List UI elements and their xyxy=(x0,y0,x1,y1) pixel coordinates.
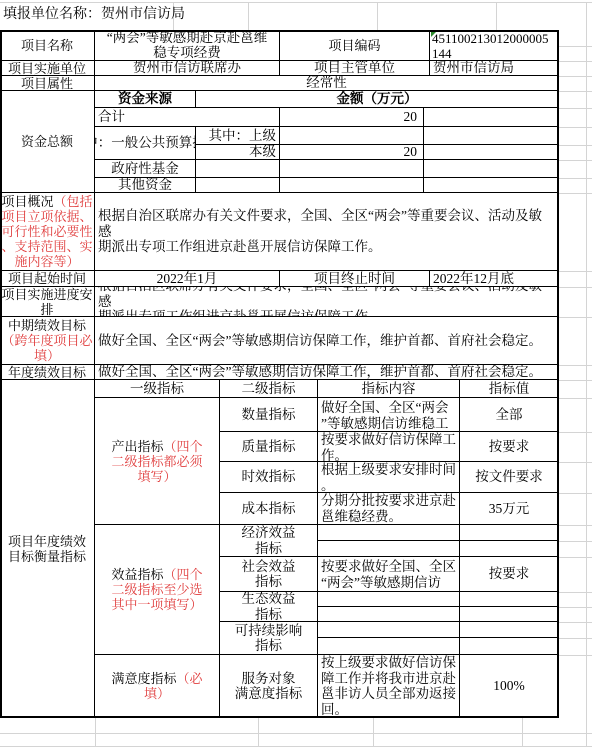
empty-cell[interactable] xyxy=(318,525,460,541)
gridline xyxy=(559,145,592,146)
funding-budget-label: 其中：一般公共预算拨款 xyxy=(95,135,196,151)
cell-overview-content[interactable]: 根据自治区联席办有关文件要求，全国、全区“两会”等重要会议、活动及敏感 期派出专… xyxy=(95,193,559,271)
quantity-value: 全部 xyxy=(496,407,523,423)
gridline xyxy=(559,193,592,194)
gridline xyxy=(377,2,378,30)
cell-progress-content[interactable]: 根据自治区联席办有关文件要求，全国、全区“两会”等重要会议、活动及敏感 期派出专… xyxy=(95,287,559,317)
cell-attribute-value[interactable]: 经常性 xyxy=(95,76,559,91)
quality-content: 按要求做好信访保障工 作。 xyxy=(321,432,456,462)
gridline xyxy=(559,432,592,433)
quality-label: 质量指标 xyxy=(242,439,296,455)
cell-annual-goal-content[interactable]: 做好全国、全区“两会”等敏感期信访保障工作，维护首都、首府社会稳定。 xyxy=(95,365,559,380)
empty-cell[interactable] xyxy=(318,607,460,622)
funding-source-header: 资金来源 xyxy=(118,91,172,107)
overview-content: 根据自治区联席办有关文件要求，全国、全区“两会”等重要会议、活动及敏感 期派出专… xyxy=(98,208,555,255)
cell-end-date-label[interactable]: 项目终止时间 xyxy=(280,271,430,287)
gridline xyxy=(559,365,592,366)
cell-funding-local-amount[interactable]: 20 xyxy=(280,145,424,160)
cell-cost-value[interactable]: 35万元 xyxy=(460,493,559,525)
header-content: 指标内容 xyxy=(362,381,416,397)
empty-cell[interactable] xyxy=(424,108,559,127)
gridline xyxy=(496,2,497,30)
timeliness-content: 根据上级要求安排时间 。 xyxy=(321,462,456,493)
attribute-label: 项目属性 xyxy=(21,76,73,91)
cell-timeliness-content[interactable]: 根据上级要求安排时间 。 xyxy=(318,462,460,493)
quantity-content: 做好全国、全区“两会 ”等敏感期信访维稳工 作。 xyxy=(321,400,449,432)
cell-service-content[interactable]: 按上级要求做好信访保 障工作并将我市进京赴 邕非访人员全部劝返接 回。 xyxy=(318,655,460,718)
annual-goal-content: 做好全国、全区“两会”等敏感期信访保障工作，维护首都、首府社会稳定。 xyxy=(98,365,542,380)
gridline xyxy=(559,607,592,608)
cell-timeliness-label[interactable]: 时效指标 xyxy=(220,462,318,493)
empty-cell[interactable] xyxy=(460,592,559,607)
cell-funding-sum-amount[interactable]: 20 xyxy=(280,108,424,127)
social-value: 按要求 xyxy=(489,566,530,582)
cell-header-value[interactable]: 指标值 xyxy=(460,380,559,398)
cell-funding-amount-header[interactable]: 金额（万元） xyxy=(196,91,559,108)
cell-output-indicator-label[interactable]: 产出指标（四个 二级指标都必须 填写） xyxy=(95,398,220,525)
funding-govfund-label: 政府性基金 xyxy=(111,161,179,177)
gridline xyxy=(0,733,592,734)
cell-funding-other-label[interactable]: 其他资金 xyxy=(95,178,196,193)
cell-annual-goal-label[interactable]: 年度绩效目标 xyxy=(0,365,95,380)
gridline xyxy=(559,46,592,47)
funding-local-amount: 20 xyxy=(404,145,418,160)
cost-label: 成本指标 xyxy=(242,501,296,517)
gridline xyxy=(559,178,592,179)
end-date-label: 项目终止时间 xyxy=(314,271,395,286)
gridline xyxy=(559,160,592,161)
service-content: 按上级要求做好信访保 障工作并将我市进京赴 邕非访人员全部劝返接 回。 xyxy=(321,655,456,717)
empty-cell[interactable] xyxy=(424,178,559,193)
satisfaction-indicator-label: 满意度指标（必 填） xyxy=(111,671,202,701)
empty-cell[interactable] xyxy=(460,525,559,541)
quality-value: 按要求 xyxy=(489,439,530,455)
empty-cell[interactable] xyxy=(196,160,280,178)
indicators-section-label: 项目年度绩效 目标衡量指标 xyxy=(8,534,86,564)
timeliness-value: 按文件要求 xyxy=(475,469,543,485)
cell-project-name-value[interactable]: “两会”等敏感期赴京赴邕维 稳专项经费 xyxy=(95,30,280,61)
cell-cost-label[interactable]: 成本指标 xyxy=(220,493,318,525)
cell-quantity-content[interactable]: 做好全国、全区“两会 ”等敏感期信访维稳工 作。 xyxy=(318,398,460,432)
empty-cell[interactable] xyxy=(318,622,460,638)
cell-satisfaction-indicator-label[interactable]: 满意度指标（必 填） xyxy=(95,655,220,718)
cell-header-content[interactable]: 指标内容 xyxy=(318,380,460,398)
cell-midterm-goal-content[interactable]: 做好全国、全区“两会”等敏感期信访保障工作，维护首都、首府社会稳定。 xyxy=(95,317,559,365)
gridline xyxy=(258,718,259,747)
gridline xyxy=(559,493,592,494)
cell-timeliness-value[interactable]: 按文件要求 xyxy=(460,462,559,493)
cell-project-name-label[interactable]: 项目名称 xyxy=(0,30,95,61)
economic-label: 经济效益 指标 xyxy=(242,525,296,556)
cell-supervisor-unit-value[interactable]: 贺州市信访局 xyxy=(430,61,559,76)
cell-start-date-value[interactable]: 2022年1月 xyxy=(95,271,280,287)
benefit-indicator-label: 效益指标（四个 二级指标至少选 其中一项填写） xyxy=(111,567,202,612)
cell-midterm-goal-label[interactable]: 中期绩效目标 （跨年度项目必 填） xyxy=(0,317,95,365)
gridline xyxy=(522,718,523,747)
implement-unit-value: 贺州市信访联席办 xyxy=(133,61,241,76)
funding-total-label: 资金总额 xyxy=(21,134,73,149)
start-date-value: 2022年1月 xyxy=(157,271,218,286)
midterm-goal-note: （跨年度项目必 填） xyxy=(1,333,92,363)
cell-service-value[interactable]: 100% xyxy=(460,655,559,718)
timeliness-label: 时效指标 xyxy=(242,469,296,485)
midterm-goal-label: 中期绩效目标 （跨年度项目必 填） xyxy=(1,318,92,363)
social-label: 社会效益 指标 xyxy=(242,559,296,590)
attribute-value: 经常性 xyxy=(306,76,347,91)
cell-implement-unit-value[interactable]: 贺州市信访联席办 xyxy=(95,61,280,76)
cell-funding-local-label[interactable]: 本级 xyxy=(196,145,280,160)
spreadsheet-form: 填报单位名称：贺州市信访局 项目名称 “两会”等敏感期赴京赴邕维 稳专项经费 项… xyxy=(0,0,592,747)
output-indicator-label: 产出指标（四个 二级指标都必须 填写） xyxy=(111,439,202,484)
cell-funding-budget-label[interactable]: 其中：一般公共预算拨款 xyxy=(95,127,196,160)
gridline xyxy=(559,592,592,593)
gridline xyxy=(559,287,592,288)
cell-economic-label[interactable]: 经济效益 指标 xyxy=(220,525,318,557)
empty-cell[interactable] xyxy=(460,607,559,622)
cell-quantity-label[interactable]: 数量指标 xyxy=(220,398,318,432)
cell-implement-unit-label[interactable]: 项目实施单位 xyxy=(0,61,95,76)
gridline xyxy=(559,91,592,92)
end-date-value: 2022年12月底 xyxy=(433,271,514,286)
gridline xyxy=(559,622,592,623)
cell-funding-upper-label[interactable]: 其中：上级 xyxy=(196,127,280,145)
gridline xyxy=(559,271,592,272)
empty-cell[interactable] xyxy=(280,178,424,193)
overview-label: 项目概况（包括 项目立项依据、 可行性和必要性 、支持范围、实 施内容等） xyxy=(1,194,92,269)
project-code-label: 项目编码 xyxy=(328,38,380,53)
project-name-value: “两会”等敏感期赴京赴邕维 稳专项经费 xyxy=(107,30,267,61)
cell-end-date-value[interactable]: 2022年12月底 xyxy=(430,271,559,287)
gridline xyxy=(559,638,592,639)
gridline xyxy=(559,655,592,656)
gridline xyxy=(559,525,592,526)
cell-project-code-value[interactable]: 451100213012000005 144 xyxy=(430,30,559,61)
gridline xyxy=(559,398,592,399)
sustainable-label: 可持续影响 指标 xyxy=(235,623,303,654)
gridline xyxy=(559,76,592,77)
gridline xyxy=(559,541,592,542)
report-unit-line[interactable]: 填报单位名称：贺州市信访局 xyxy=(3,7,185,23)
cell-benefit-indicator-label[interactable]: 效益指标（四个 二级指标至少选 其中一项填写） xyxy=(95,525,220,655)
gridline xyxy=(0,2,592,3)
cost-content: 分期分批按要求进京赴 邕维稳经费。 xyxy=(321,493,456,524)
cell-funding-sum-label[interactable]: 合计 xyxy=(95,108,280,127)
gridline xyxy=(373,718,374,747)
funding-sum-label: 合计 xyxy=(98,109,125,125)
service-value: 100% xyxy=(493,678,525,694)
empty-cell[interactable] xyxy=(460,622,559,638)
cell-header-level1[interactable]: 一级指标 xyxy=(95,380,220,398)
cell-start-date-label[interactable]: 项目起始时间 xyxy=(0,271,95,287)
cell-social-label[interactable]: 社会效益 指标 xyxy=(220,557,318,592)
gridline xyxy=(248,2,249,30)
progress-label: 项目实施进度安 排 xyxy=(1,287,92,317)
funding-local-label: 本级 xyxy=(249,145,276,160)
cell-supervisor-unit-label[interactable]: 项目主管单位 xyxy=(280,61,430,76)
error-indicator-triangle-icon xyxy=(431,31,437,37)
gridline xyxy=(559,127,592,128)
gridline xyxy=(559,108,592,109)
gridline xyxy=(559,557,592,558)
gridline xyxy=(95,718,96,747)
cell-overview-label[interactable]: 项目概况（包括 项目立项依据、 可行性和必要性 、支持范围、实 施内容等） xyxy=(0,193,95,271)
empty-cell[interactable] xyxy=(460,638,559,655)
empty-cell[interactable] xyxy=(424,160,559,178)
empty-cell[interactable] xyxy=(424,127,559,145)
empty-cell[interactable] xyxy=(318,638,460,655)
progress-content: 根据自治区联席办有关文件要求，全国、全区“两会”等重要会议、活动及敏感 期派出专… xyxy=(98,287,555,317)
start-date-label: 项目起始时间 xyxy=(8,271,86,286)
social-content: 按要求做好全国、全区 “两会”等敏感期信访 xyxy=(321,559,456,590)
ecological-label: 生态效益 指标 xyxy=(242,592,296,622)
header-level2: 二级指标 xyxy=(242,381,296,397)
cell-sustainable-label[interactable]: 可持续影响 指标 xyxy=(220,622,318,655)
cell-cost-content[interactable]: 分期分批按要求进京赴 邕维稳经费。 xyxy=(318,493,460,525)
project-code-value: 451100213012000005 144 xyxy=(432,31,549,61)
empty-cell[interactable] xyxy=(196,178,280,193)
cell-project-code-label[interactable]: 项目编码 xyxy=(280,30,430,61)
cell-ecological-label[interactable]: 生态效益 指标 xyxy=(220,592,318,622)
cell-quality-content[interactable]: 按要求做好信访保障工 作。 xyxy=(318,432,460,462)
cell-quality-label[interactable]: 质量指标 xyxy=(220,432,318,462)
funding-upper-label: 其中：上级 xyxy=(209,128,277,144)
cell-service-label[interactable]: 服务对象 满意度指标 xyxy=(220,655,318,718)
gridline xyxy=(586,2,587,747)
cell-social-content[interactable]: 按要求做好全国、全区 “两会”等敏感期信访 xyxy=(318,557,460,592)
empty-cell[interactable] xyxy=(318,541,460,557)
funding-other-label: 其他资金 xyxy=(118,178,172,193)
cell-funding-total-label[interactable]: 资金总额 xyxy=(0,91,95,193)
project-name-label: 项目名称 xyxy=(21,38,73,53)
empty-cell[interactable] xyxy=(280,160,424,178)
gridline xyxy=(559,317,592,318)
gridline xyxy=(559,61,592,62)
cell-header-level2[interactable]: 二级指标 xyxy=(220,380,318,398)
implement-unit-label: 项目实施单位 xyxy=(8,61,86,76)
supervisor-unit-value: 贺州市信访局 xyxy=(433,61,514,76)
cell-funding-source-header[interactable]: 资金来源 xyxy=(95,91,196,108)
cell-indicators-section-label[interactable]: 项目年度绩效 目标衡量指标 xyxy=(0,380,95,718)
funding-amount-header: 金额（万元） xyxy=(337,91,418,107)
cell-funding-govfund-label[interactable]: 政府性基金 xyxy=(95,160,196,178)
cell-funding-upper-amount[interactable] xyxy=(280,127,424,145)
header-value: 指标值 xyxy=(489,381,530,397)
cell-attribute-label[interactable]: 项目属性 xyxy=(0,76,95,91)
supervisor-unit-label: 项目主管单位 xyxy=(314,61,395,76)
cell-quantity-value[interactable]: 全部 xyxy=(460,398,559,432)
cell-progress-label[interactable]: 项目实施进度安 排 xyxy=(0,287,95,317)
cell-social-value[interactable]: 按要求 xyxy=(460,557,559,592)
empty-cell[interactable] xyxy=(318,592,460,607)
service-label: 服务对象 满意度指标 xyxy=(235,671,303,702)
gridline xyxy=(559,380,592,381)
cost-value: 35万元 xyxy=(489,501,530,517)
funding-sum-amount: 20 xyxy=(404,109,418,125)
gridline xyxy=(559,462,592,463)
header-level1: 一级指标 xyxy=(130,381,184,397)
empty-cell[interactable] xyxy=(460,541,559,557)
empty-cell[interactable] xyxy=(424,145,559,160)
quantity-label: 数量指标 xyxy=(242,407,296,423)
annual-goal-label: 年度绩效目标 xyxy=(8,365,86,380)
cell-quality-value[interactable]: 按要求 xyxy=(460,432,559,462)
midterm-goal-content: 做好全国、全区“两会”等敏感期信访保障工作，维护首都、首府社会稳定。 xyxy=(98,333,542,349)
